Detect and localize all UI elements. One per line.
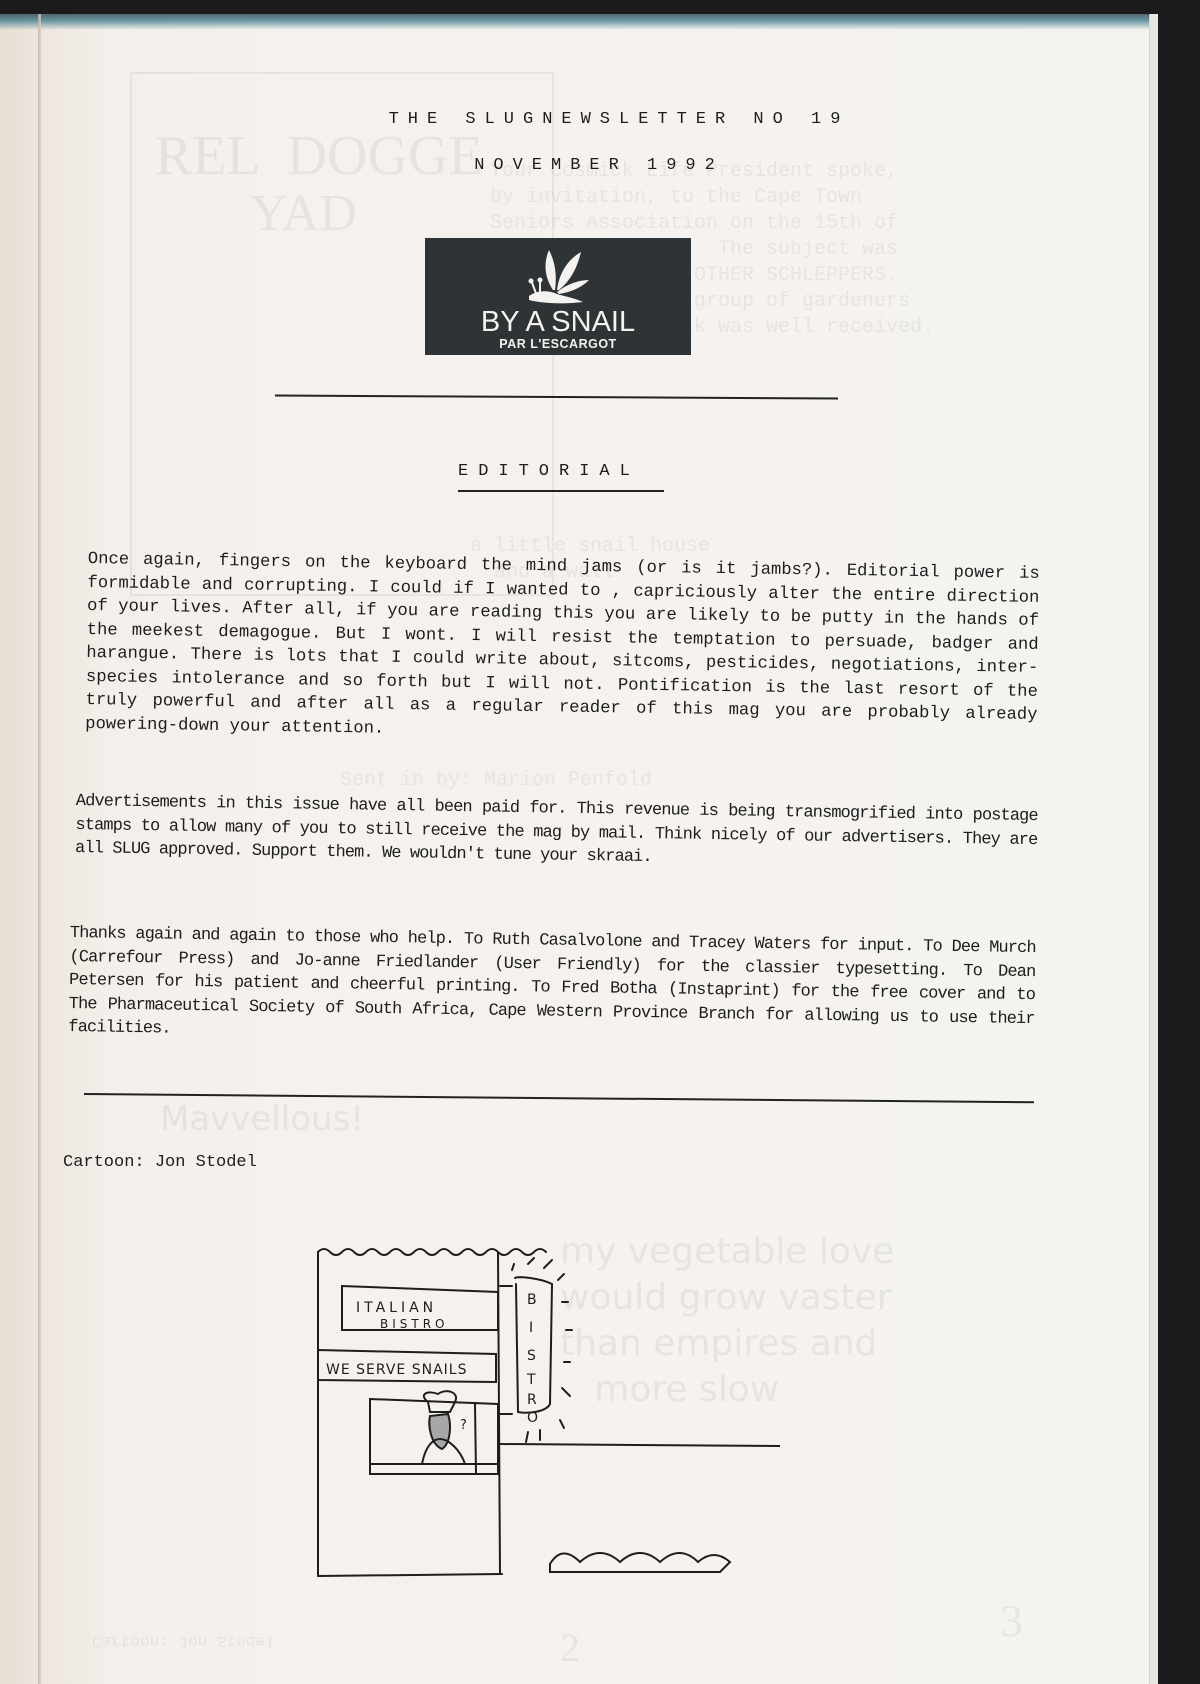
cartoon-vertical-letter: T — [526, 1372, 540, 1388]
bleed-through-text: Sent in by: Marion Penfold — [340, 769, 652, 792]
cartoon-credit: Cartoon: Jon Stodel — [63, 1153, 257, 1172]
bleed-through-text: Cartoon: Jon Stodel — [92, 1632, 274, 1650]
cartoon-vertical-letter: S — [527, 1348, 540, 1364]
cartoon-sign-bistro: BISTRO — [380, 1317, 449, 1331]
cartoon-vertical-letter: I — [529, 1320, 537, 1336]
editorial-paragraph: Advertisements in this issue have all be… — [75, 790, 1038, 876]
page-gutter — [38, 14, 41, 1684]
cartoon-vertical-letter: R — [527, 1392, 541, 1408]
page-edge — [1149, 14, 1158, 1684]
logo-subtitle: PAR L'ESCARGOT — [425, 337, 691, 351]
bleed-through-page-number: 2 — [560, 1624, 580, 1671]
editorial-paragraph: Thanks again and again to those who help… — [68, 922, 1036, 1055]
cartoon-banner: WE SERVE SNAILS — [326, 1362, 467, 1378]
bleed-through-text: Mavvellous! — [160, 1099, 364, 1139]
snail-with-leaves-icon — [523, 244, 593, 308]
cartoon-vertical-letter: O — [527, 1410, 542, 1426]
newsletter-date: NOVEMBER 1992 — [20, 156, 1178, 175]
bleed-through-page-number: 3 — [1000, 1594, 1023, 1647]
by-a-snail-logo: BY A SNAIL PAR L'ESCARGOT — [425, 238, 691, 355]
editorial-paragraph: Once again, fingers on the keyboard the … — [85, 548, 1040, 751]
heading-underline — [458, 490, 664, 492]
editorial-heading: EDITORIAL — [458, 462, 640, 481]
newsletter-title: THE SLUGNEWSLETTER NO 19 — [40, 110, 1198, 129]
cartoon-sign-italian: ITALIAN — [356, 1300, 437, 1316]
cartoon-chef-thought: ? — [460, 1418, 471, 1433]
cartoon-vertical-letter: B — [527, 1292, 541, 1308]
scan-top-shadow — [0, 14, 1158, 30]
logo-title: BY A SNAIL — [425, 306, 691, 339]
newsletter-page: REL DOGGE YAD Your Cosmick Life Presiden… — [0, 14, 1158, 1684]
bistro-cartoon: ITALIAN BISTRO WE SERVE SNAILS B I S T R… — [300, 1244, 780, 1584]
bleed-through-text: YAD — [250, 184, 396, 243]
